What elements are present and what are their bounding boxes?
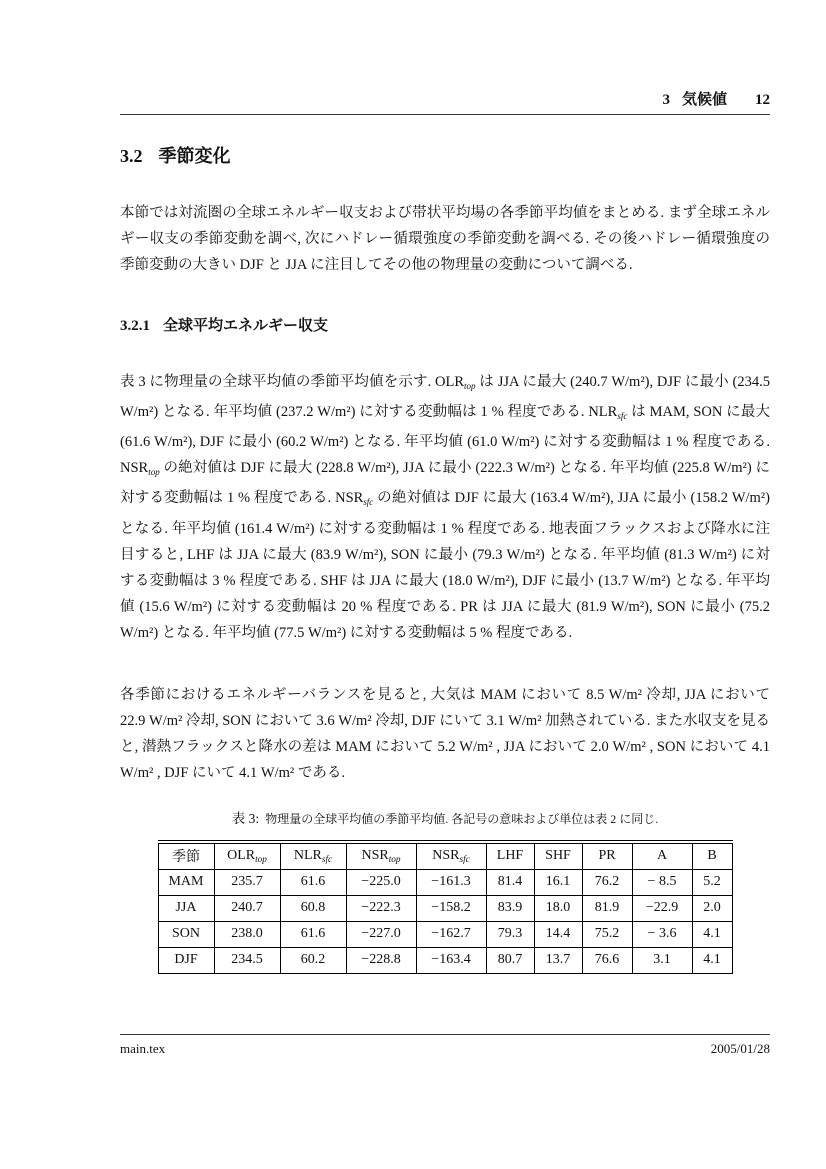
cell: 235.7 <box>214 869 280 895</box>
table-caption: 表 3:物理量の全球平均値の季節平均値. 各記号の意味および単位は表 2 に同じ… <box>120 810 770 828</box>
section-number: 3.2 <box>120 146 143 167</box>
cell: 61.6 <box>280 869 346 895</box>
header-season: 季節 <box>158 843 214 869</box>
cell: −22.9 <box>632 895 692 921</box>
seasonal-means-table: 季節 OLRtop NLRsfc NSRtop NSRsfc LHF SHF P… <box>158 843 733 974</box>
cell: 79.3 <box>486 921 534 947</box>
cell: 13.7 <box>534 947 582 973</box>
subsection-title: 全球平均エネルギー収支 <box>163 314 328 335</box>
cell: 81.4 <box>486 869 534 895</box>
cell-season: DJF <box>158 947 214 973</box>
table-row-son: SON 238.0 61.6 −227.0 −162.7 79.3 14.4 7… <box>158 921 732 947</box>
table-header-row: 季節 OLRtop NLRsfc NSRtop NSRsfc LHF SHF P… <box>158 843 732 869</box>
header-rule <box>120 114 770 115</box>
cell: 60.8 <box>280 895 346 921</box>
table-caption-text: 物理量の全球平均値の季節平均値. 各記号の意味および単位は表 2 に同じ. <box>265 812 658 826</box>
paragraph-intro: 本節では対流圏の全球エネルギー収支および帯状平均場の各季節平均値をまとめる. ま… <box>120 200 770 278</box>
header-olr-top: OLRtop <box>214 843 280 869</box>
header-nsr-top: NSRtop <box>346 843 416 869</box>
header-section-title: 気候値 <box>682 88 727 109</box>
subsection-heading: 3.2.1 全球平均エネルギー収支 <box>120 314 770 335</box>
table-row-mam: MAM 235.7 61.6 −225.0 −161.3 81.4 16.1 7… <box>158 869 732 895</box>
cell: −225.0 <box>346 869 416 895</box>
cell: 238.0 <box>214 921 280 947</box>
cell: 18.0 <box>534 895 582 921</box>
cell: 61.6 <box>280 921 346 947</box>
cell: −158.2 <box>416 895 486 921</box>
header-nsr-sfc: NSRsfc <box>416 843 486 869</box>
cell: − 8.5 <box>632 869 692 895</box>
table-row-jja: JJA 240.7 60.8 −222.3 −158.2 83.9 18.0 8… <box>158 895 732 921</box>
section-title: 季節変化 <box>159 142 231 168</box>
cell: 4.1 <box>692 947 732 973</box>
cell: 240.7 <box>214 895 280 921</box>
page-content: 3 気候値 12 3.2 季節変化 本節では対流圏の全球エネルギー収支および帯状… <box>120 0 770 979</box>
table-row-djf: DJF 234.5 60.2 −228.8 −163.4 80.7 13.7 7… <box>158 947 732 973</box>
cell: −222.3 <box>346 895 416 921</box>
table-caption-label: 表 3: <box>232 811 259 826</box>
cell: −162.7 <box>416 921 486 947</box>
cell: −161.3 <box>416 869 486 895</box>
header-b: B <box>692 843 732 869</box>
header-pr: PR <box>582 843 632 869</box>
cell: 2.0 <box>692 895 732 921</box>
header-lhf: LHF <box>486 843 534 869</box>
cell: 14.4 <box>534 921 582 947</box>
subsection-number: 3.2.1 <box>120 318 150 335</box>
header-nlr-sfc: NLRsfc <box>280 843 346 869</box>
cell: 4.1 <box>692 921 732 947</box>
footer-date: 2005/01/28 <box>711 1041 770 1057</box>
document-page: 3 気候値 12 3.2 季節変化 本節では対流圏の全球エネルギー収支および帯状… <box>0 0 826 1169</box>
header-page-number: 12 <box>755 92 770 109</box>
table-zone: 季節 OLRtop NLRsfc NSRtop NSRsfc LHF SHF P… <box>120 840 770 979</box>
cell: −163.4 <box>416 947 486 973</box>
cell-season: SON <box>158 921 214 947</box>
cell: 81.9 <box>582 895 632 921</box>
cell: 234.5 <box>214 947 280 973</box>
page-footer: main.tex 2005/01/28 <box>120 1034 770 1057</box>
cell: 5.2 <box>692 869 732 895</box>
cell: 80.7 <box>486 947 534 973</box>
cell: −228.8 <box>346 947 416 973</box>
paragraph-energy-budget: 表 3 に物理量の全球平均値の季節平均値を示す. OLRtop は JJA に最… <box>120 369 770 646</box>
cell: 83.9 <box>486 895 534 921</box>
header-a: A <box>632 843 692 869</box>
cell: 75.2 <box>582 921 632 947</box>
cell: −227.0 <box>346 921 416 947</box>
header-section-number: 3 <box>662 92 670 109</box>
running-header: 3 気候値 12 <box>120 0 770 109</box>
cell: 60.2 <box>280 947 346 973</box>
cell: − 3.6 <box>632 921 692 947</box>
table-wrapper: 季節 OLRtop NLRsfc NSRtop NSRsfc LHF SHF P… <box>158 840 733 974</box>
header-shf: SHF <box>534 843 582 869</box>
cell-season: MAM <box>158 869 214 895</box>
cell-season: JJA <box>158 895 214 921</box>
paragraph-seasonal-balance: 各季節におけるエネルギーバランスを見ると, 大気は MAM において 8.5 W… <box>120 682 770 786</box>
footer-filename: main.tex <box>120 1041 165 1057</box>
cell: 16.1 <box>534 869 582 895</box>
cell: 3.1 <box>632 947 692 973</box>
section-heading: 3.2 季節変化 <box>120 142 770 168</box>
cell: 76.2 <box>582 869 632 895</box>
cell: 76.6 <box>582 947 632 973</box>
